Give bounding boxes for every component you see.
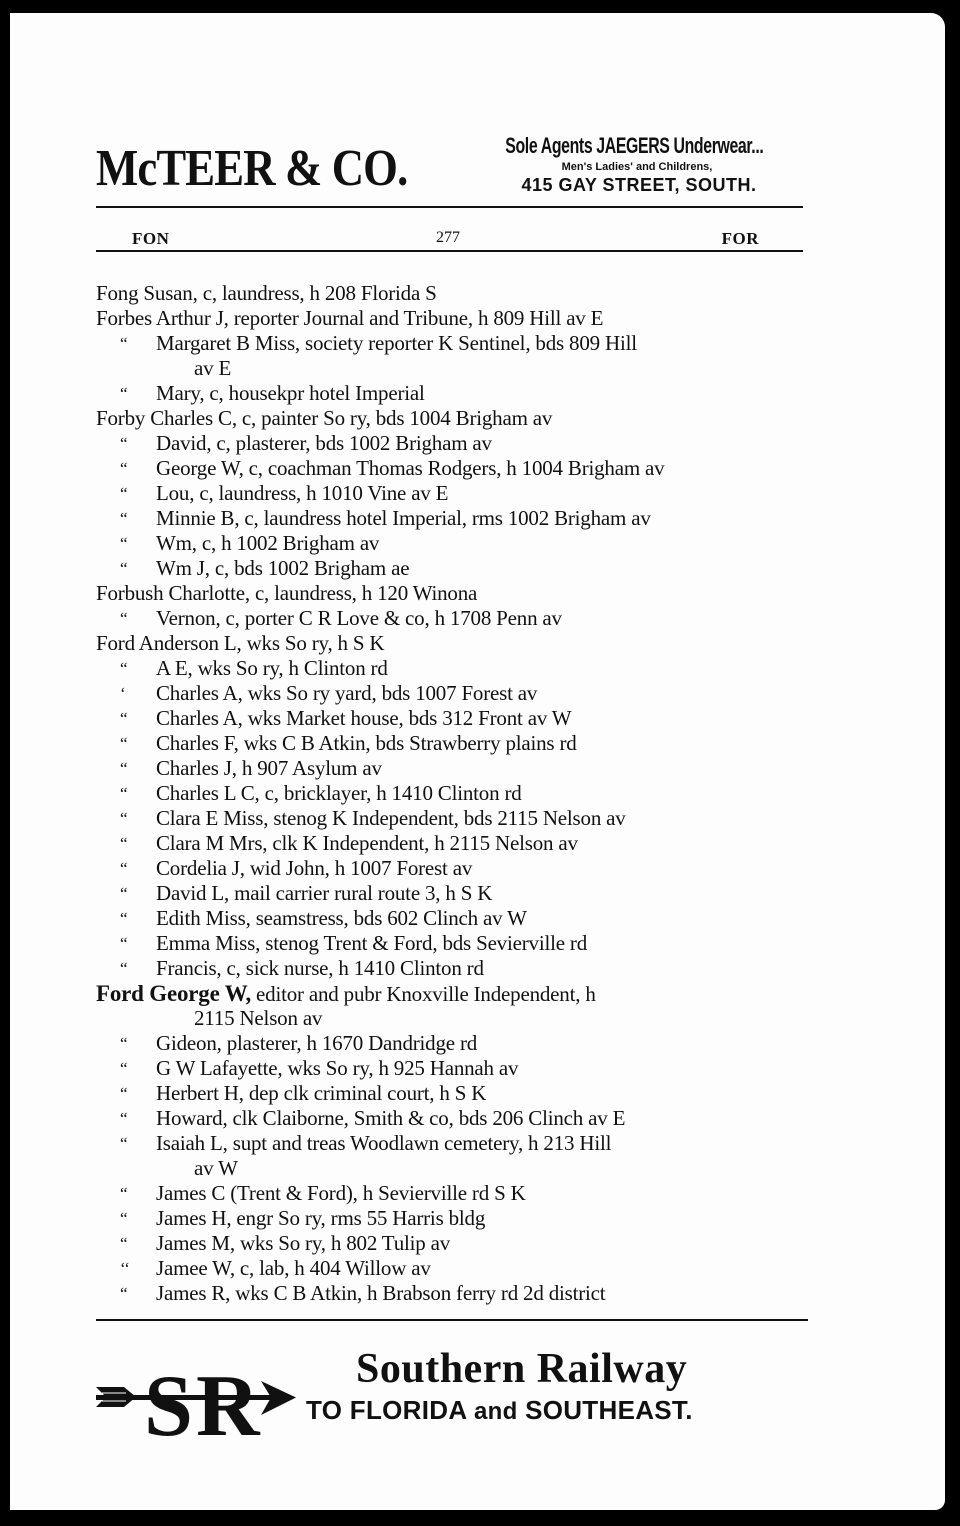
directory-entry: “Clara M Mrs, clk K Independent, h 2115 … (96, 831, 816, 856)
ditto-mark: “ (120, 956, 127, 981)
directory-entry: “A E, wks So ry, h Clinton rd (96, 656, 816, 681)
ditto-mark: “ (120, 1131, 127, 1156)
advertiser-name: McTEER & CO. (96, 143, 407, 195)
ditto-mark: “ (120, 806, 127, 831)
entry-text: Clara M Mrs, clk K Independent, h 2115 N… (156, 831, 578, 855)
ditto-mark: “ (120, 756, 127, 781)
ditto-mark: “ (120, 906, 127, 931)
directory-entry: “Herbert H, dep clk criminal court, h S … (96, 1081, 816, 1106)
entry-text: James M, wks So ry, h 802 Tulip av (156, 1231, 450, 1255)
railway-name: Southern Railway (356, 1345, 687, 1393)
entry-continuation: av E (96, 356, 816, 381)
entry-text: Isaiah L, supt and treas Woodlawn cemete… (156, 1131, 611, 1155)
entry-continuation: 2115 Nelson av (96, 1006, 816, 1031)
page-number: 277 (436, 229, 460, 247)
entry-text: Charles F, wks C B Atkin, bds Strawberry… (156, 731, 577, 755)
entry-text: Charles A, wks So ry yard, bds 1007 Fore… (156, 681, 537, 705)
destination-part-1: TO FLORIDA (306, 1395, 474, 1425)
ad-address: 415 GAY STREET, SOUTH. (470, 175, 808, 195)
directory-entry: “Vernon, c, porter C R Love & co, h 1708… (96, 606, 816, 631)
directory-entry: “Cordelia J, wid John, h 1007 Forest av (96, 856, 816, 881)
directory-entry: “Charles L C, c, bricklayer, h 1410 Clin… (96, 781, 816, 806)
directory-entry: “G W Lafayette, wks So ry, h 925 Hannah … (96, 1056, 816, 1081)
entry-text: Howard, clk Claiborne, Smith & co, bds 2… (156, 1106, 625, 1130)
directory-entry: “Wm J, c, bds 1002 Brigham ae (96, 556, 816, 581)
ditto-mark: “ (120, 1281, 127, 1306)
entry-text: 2115 Nelson av (194, 1006, 322, 1030)
directory-entry: “Clara E Miss, stenog K Independent, bds… (96, 806, 816, 831)
entry-name-bold: Ford George W, (96, 981, 251, 1006)
directory-entry: “Edith Miss, seamstress, bds 602 Clinch … (96, 906, 816, 931)
ditto-mark: “ (120, 931, 127, 956)
ditto-mark: “ (120, 331, 127, 356)
entry-text: editor and pubr Knoxville Independent, h (251, 982, 596, 1006)
ditto-mark: “ (120, 1231, 127, 1256)
entry-text: Fong Susan, c, laundress, h 208 Florida … (96, 281, 437, 305)
entry-text: Charles A, wks Market house, bds 312 Fro… (156, 706, 571, 730)
ditto-mark: “ (120, 481, 127, 506)
entry-text: Herbert H, dep clk criminal court, h S K (156, 1081, 486, 1105)
directory-entry: “Gideon, plasterer, h 1670 Dandridge rd (96, 1031, 816, 1056)
guide-word-left: FON (132, 229, 169, 249)
ditto-mark: ‘‘ (120, 1256, 130, 1281)
directory-entry: “Minnie B, c, laundress hotel Imperial, … (96, 506, 816, 531)
ad-subtagline: Men's Ladies' and Childrens, (466, 159, 808, 175)
ditto-mark: “ (120, 456, 127, 481)
ditto-mark: “ (120, 731, 127, 756)
entry-text: A E, wks So ry, h Clinton rd (156, 656, 388, 680)
directory-entry: “George W, c, coachman Thomas Rodgers, h… (96, 456, 816, 481)
logo-r: R (196, 1358, 261, 1453)
entry-text: Margaret B Miss, society reporter K Sent… (156, 331, 637, 355)
directory-entry: “Charles J, h 907 Asylum av (96, 756, 816, 781)
entry-text: Mary, c, housekpr hotel Imperial (156, 381, 425, 405)
logo-s: S (144, 1358, 193, 1453)
directory-page: McTEER & CO. Sole Agents JAEGERS Underwe… (10, 13, 945, 1510)
ditto-mark: “ (120, 1081, 127, 1106)
ditto-mark: “ (120, 656, 127, 681)
destination-conjunction: and (474, 1398, 518, 1425)
entry-text: George W, c, coachman Thomas Rodgers, h … (156, 456, 664, 480)
ditto-mark: “ (120, 1181, 127, 1206)
entry-text: James H, engr So ry, rms 55 Harris bldg (156, 1206, 485, 1230)
directory-entry: “James M, wks So ry, h 802 Tulip av (96, 1231, 816, 1256)
directory-entry: ‘Charles A, wks So ry yard, bds 1007 For… (96, 681, 816, 706)
ditto-mark: “ (120, 831, 127, 856)
entry-text: David, c, plasterer, bds 1002 Brigham av (156, 431, 492, 455)
directory-entry: “Isaiah L, supt and treas Woodlawn cemet… (96, 1131, 816, 1156)
directory-listing: Fong Susan, c, laundress, h 208 Florida … (96, 281, 816, 1306)
directory-entry: Fong Susan, c, laundress, h 208 Florida … (96, 281, 816, 306)
directory-entry: “Wm, c, h 1002 Brigham av (96, 531, 816, 556)
directory-entry: “Emma Miss, stenog Trent & Ford, bds Sev… (96, 931, 816, 956)
entry-text: Wm J, c, bds 1002 Brigham ae (156, 556, 409, 580)
directory-entry: Ford George W, editor and pubr Knoxville… (96, 981, 816, 1006)
ditto-mark: “ (120, 1031, 127, 1056)
ditto-mark: ‘ (120, 681, 125, 706)
footer-advertisement: S R Southern Railway TO FLORIDA and SOUT… (96, 1333, 808, 1453)
directory-entry: ‘‘Jamee W, c, lab, h 404 Willow av (96, 1256, 816, 1281)
directory-entry: “James R, wks C B Atkin, h Brabson ferry… (96, 1281, 816, 1306)
entry-text: Lou, c, laundress, h 1010 Vine av E (156, 481, 448, 505)
directory-entry: “Charles A, wks Market house, bds 312 Fr… (96, 706, 816, 731)
entry-text: Gideon, plasterer, h 1670 Dandridge rd (156, 1031, 477, 1055)
header-advertisement: McTEER & CO. Sole Agents JAEGERS Underwe… (96, 113, 808, 213)
ditto-mark: “ (120, 706, 127, 731)
entry-text: Forbes Arthur J, reporter Journal and Tr… (96, 306, 603, 330)
entry-text: Forby Charles C, c, painter So ry, bds 1… (96, 406, 552, 430)
entry-text: Francis, c, sick nurse, h 1410 Clinton r… (156, 956, 484, 980)
entry-text: Edith Miss, seamstress, bds 602 Clinch a… (156, 906, 527, 930)
ditto-mark: “ (120, 1106, 127, 1131)
directory-entry: “Francis, c, sick nurse, h 1410 Clinton … (96, 956, 816, 981)
ad-tagline: Sole Agents JAEGERS Underwear... (505, 133, 758, 159)
entry-continuation: av W (96, 1156, 816, 1181)
header-rule-top (96, 206, 803, 208)
entry-text: Charles L C, c, bricklayer, h 1410 Clint… (156, 781, 522, 805)
ditto-mark: “ (120, 1056, 127, 1081)
destination-part-2: SOUTHEAST. (518, 1395, 693, 1425)
directory-entry: Ford Anderson L, wks So ry, h S K (96, 631, 816, 656)
directory-entry: Forbes Arthur J, reporter Journal and Tr… (96, 306, 816, 331)
directory-entry: “Mary, c, housekpr hotel Imperial (96, 381, 816, 406)
directory-entry: Forbush Charlotte, c, laundress, h 120 W… (96, 581, 816, 606)
entry-text: Emma Miss, stenog Trent & Ford, bds Sevi… (156, 931, 587, 955)
directory-entry: “James H, engr So ry, rms 55 Harris bldg (96, 1206, 816, 1231)
advertisement-details: Sole Agents JAEGERS Underwear... Men's L… (456, 133, 808, 195)
entry-text: G W Lafayette, wks So ry, h 925 Hannah a… (156, 1056, 518, 1080)
ditto-mark: “ (120, 1206, 127, 1231)
southern-railway-logo-icon: S R (96, 1343, 306, 1453)
ditto-mark: “ (120, 781, 127, 806)
entry-text: James R, wks C B Atkin, h Brabson ferry … (156, 1281, 605, 1305)
ditto-mark: “ (120, 881, 127, 906)
entry-text: Ford Anderson L, wks So ry, h S K (96, 631, 384, 655)
entry-text: Forbush Charlotte, c, laundress, h 120 W… (96, 581, 477, 605)
directory-entry: “Lou, c, laundress, h 1010 Vine av E (96, 481, 816, 506)
ditto-mark: “ (120, 856, 127, 881)
footer-rule (96, 1319, 808, 1321)
entry-text: Minnie B, c, laundress hotel Imperial, r… (156, 506, 651, 530)
entry-text: Charles J, h 907 Asylum av (156, 756, 382, 780)
ditto-mark: “ (120, 556, 127, 581)
guide-word-right: FOR (722, 229, 759, 249)
entry-text: Cordelia J, wid John, h 1007 Forest av (156, 856, 472, 880)
entry-text: Jamee W, c, lab, h 404 Willow av (156, 1256, 431, 1280)
ditto-mark: “ (120, 431, 127, 456)
entry-text: av E (194, 356, 231, 380)
header-rule-bottom (96, 250, 803, 252)
directory-entry: “Howard, clk Claiborne, Smith & co, bds … (96, 1106, 816, 1131)
railway-destinations: TO FLORIDA and SOUTHEAST. (306, 1395, 693, 1426)
entry-text: Clara E Miss, stenog K Independent, bds … (156, 806, 626, 830)
directory-entry: “David, c, plasterer, bds 1002 Brigham a… (96, 431, 816, 456)
ditto-mark: “ (120, 506, 127, 531)
entry-text: James C (Trent & Ford), h Sevierville rd… (156, 1181, 526, 1205)
entry-text: Vernon, c, porter C R Love & co, h 1708 … (156, 606, 562, 630)
entry-text: av W (194, 1156, 238, 1180)
directory-entry: “Margaret B Miss, society reporter K Sen… (96, 331, 816, 356)
directory-entry: “David L, mail carrier rural route 3, h … (96, 881, 816, 906)
entry-text: Wm, c, h 1002 Brigham av (156, 531, 379, 555)
directory-entry: Forby Charles C, c, painter So ry, bds 1… (96, 406, 816, 431)
entry-text: David L, mail carrier rural route 3, h S… (156, 881, 492, 905)
directory-entry: “James C (Trent & Ford), h Sevierville r… (96, 1181, 816, 1206)
ditto-mark: “ (120, 381, 127, 406)
ditto-mark: “ (120, 606, 127, 631)
ditto-mark: “ (120, 531, 127, 556)
directory-entry: “Charles F, wks C B Atkin, bds Strawberr… (96, 731, 816, 756)
